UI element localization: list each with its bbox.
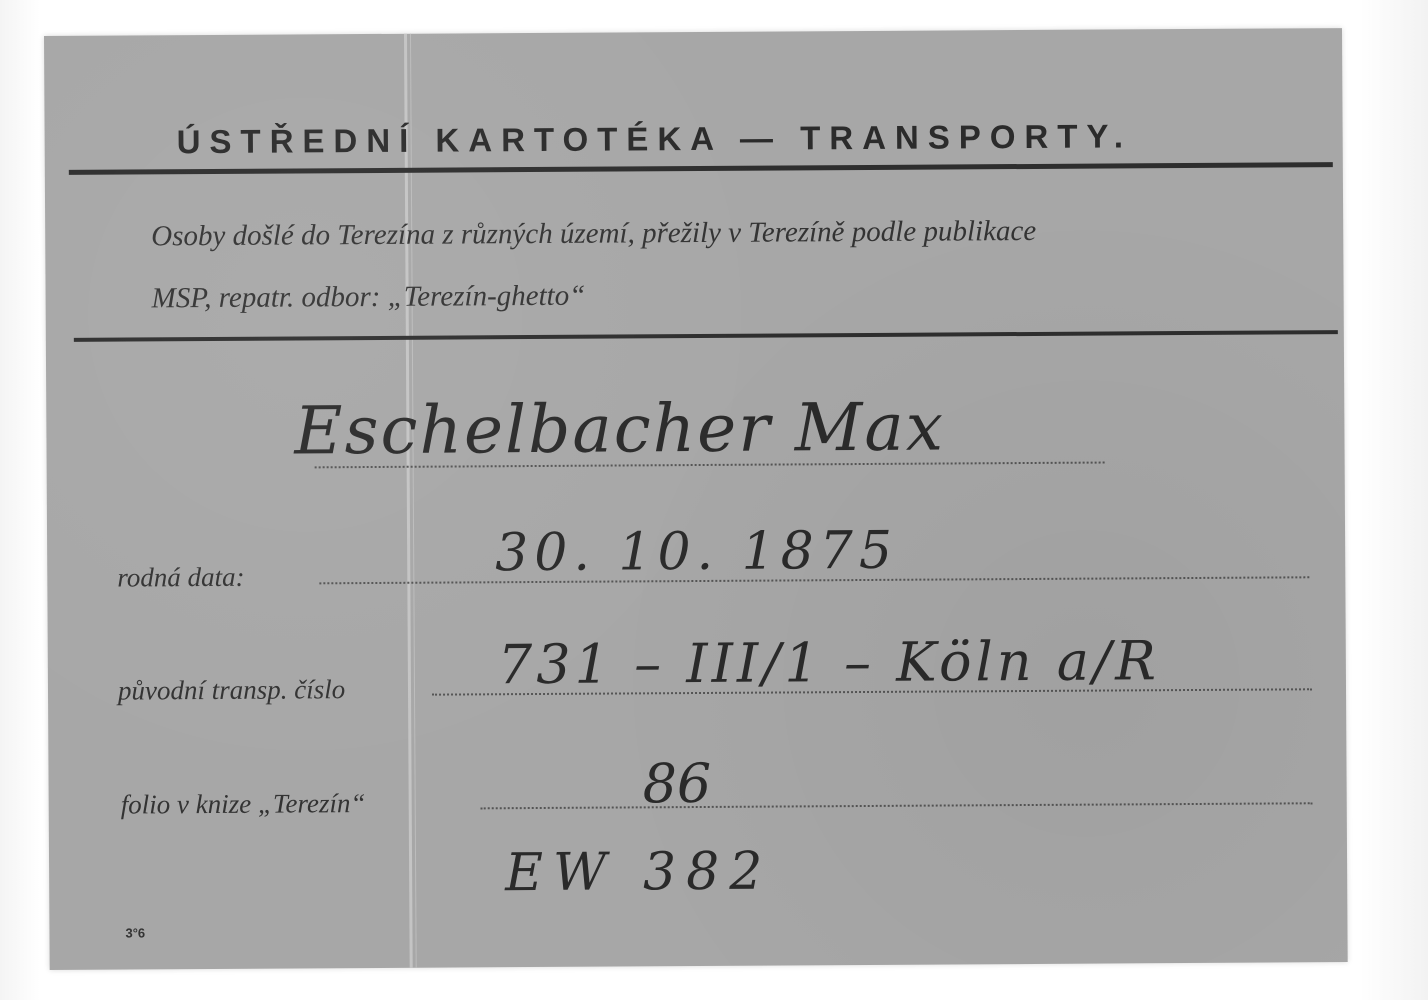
print-code: 3°6 [125,925,145,940]
folio-value: 86 [642,752,711,815]
card-title: ÚSTŘEDNÍ KARTOTÉKA — TRANSPORTY. [177,117,1133,161]
birth-date-value: 30. 10. 1875 [495,521,898,583]
transport-number-label: původní transp. číslo [118,674,345,706]
handwritten-name: Eschelbacher Max [294,389,945,470]
transport-number-value: 731 – III/1 – Köln a/R [498,629,1160,696]
index-card: ÚSTŘEDNÍ KARTOTÉKA — TRANSPORTY. Osoby d… [44,28,1348,970]
folio-label: folio v knize „Terezín“ [121,788,366,820]
handwritten-code: EW 382 [505,842,773,904]
card-subtitle: Osoby došlé do Terezína z různých území,… [151,198,1312,329]
birth-date-label: rodná data: [117,562,244,594]
subtitle-rule [74,330,1338,342]
folio-line [481,802,1313,809]
title-rule [69,162,1333,175]
subtitle-line-2: MSP, repatr. odbor: „Terezín-ghetto“ [151,260,1311,329]
subtitle-line-1: Osoby došlé do Terezína z různých území,… [151,198,1311,267]
